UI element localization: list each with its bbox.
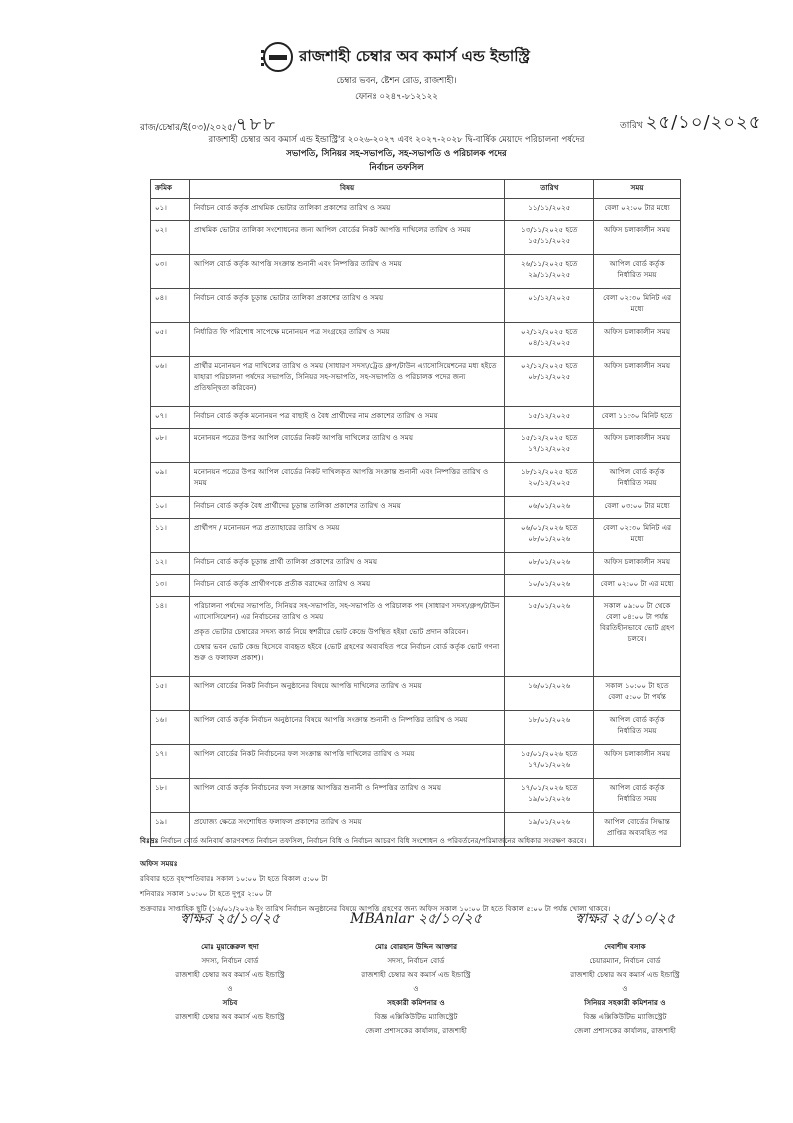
signature-scrawl: স্বাক্ষর ২৫/১০/২৫ bbox=[525, 912, 725, 940]
row-subject: মনোনয়ন পত্রের উপর আপিল বোর্ডের নিকট আপত… bbox=[189, 429, 505, 463]
subject-paragraph: নির্বাচন বোর্ড কর্তৃক প্রাথমিক ভোটার তাল… bbox=[194, 202, 501, 213]
subject-paragraph: আপিল বোর্ড কর্তৃক আপত্তি সংক্রান্ত শুনান… bbox=[194, 258, 501, 269]
signatory-block: MBAnlar ২৫/১০/২৫মোঃ বোরহান উদ্দিন আক্তার… bbox=[316, 912, 516, 1038]
row-serial: ০৯। bbox=[151, 463, 190, 497]
table-row: ০২।প্রাথমিক ভোটার তালিকা সংশোধনের জন্য আ… bbox=[151, 221, 681, 255]
row-subject: প্রার্থীর মনোনয়ন পত্র দাখিলের তারিখ ও স… bbox=[189, 357, 505, 407]
row-time: অফিস চলাকালীন সময় bbox=[594, 745, 681, 779]
row-time: বেলা ০২:৩০ মিনিট এর মধ্যে bbox=[594, 289, 681, 323]
row-serial: ০৩। bbox=[151, 255, 190, 289]
row-time: আপিল বোর্ডের সিদ্ধান্ত প্রাপ্তির অব্যবহি… bbox=[594, 813, 681, 847]
row-subject: প্রাথমিক ভোটার তালিকা সংশোধনের জন্য আপিল… bbox=[189, 221, 505, 255]
signatory-title: সিনিয়র সহকারী কমিশনার ও bbox=[525, 996, 725, 1010]
table-row: ১৩।নির্বাচন বোর্ড কর্তৃক প্রার্থীগণকে প্… bbox=[151, 575, 681, 597]
row-date: ১৩/১১/২০২৫ হতে ১৫/১১/২০২৫ bbox=[505, 221, 594, 255]
row-time: অফিস চলাকালীন সময় bbox=[594, 357, 681, 407]
subject-paragraph: নির্ধারিত ফি পরিশোধ সাপেক্ষে মনোনয়ন পত্… bbox=[194, 326, 501, 337]
header-subject: বিষয় bbox=[189, 180, 505, 199]
row-date: ১৮/১২/২০২৫ হতে ২০/১২/২০২৫ bbox=[505, 463, 594, 497]
note-label: বিঃদ্রঃ bbox=[140, 836, 159, 845]
row-serial: ১০। bbox=[151, 497, 190, 519]
title-block: রাজশাহী চেম্বার অব কমার্স এন্ড ইন্ডাস্ট্… bbox=[0, 133, 793, 175]
row-time: অফিস চলাকালীন সময় bbox=[594, 553, 681, 575]
row-time: সকাল ০৯:০০ টা থেকে বেলা ০৪:০০ টা পর্যন্ত… bbox=[594, 597, 681, 677]
row-date: ০২/১২/২০২৫ হতে ০৪/১২/২০২৫ bbox=[505, 323, 594, 357]
subject-paragraph: মনোনয়ন পত্রের উপর আপিল বোর্ডের নিকট দাখ… bbox=[194, 466, 501, 488]
row-serial: ০৭। bbox=[151, 407, 190, 429]
table-row: ১৭।আপিল বোর্ডের নিকট নির্বাচনের ফল সংক্র… bbox=[151, 745, 681, 779]
signatory-name: মোঃ মুয়াক্কেরুল হুদা bbox=[130, 940, 330, 954]
row-subject: আপিল বোর্ড কর্তৃক নির্বাচনের ফল সংক্রান্… bbox=[189, 779, 505, 813]
subject-paragraph: প্রার্থীর মনোনয়ন পত্র দাখিলের তারিখ ও স… bbox=[194, 360, 501, 393]
signatory-line: বিজ্ঞ এক্সিকিউটিভ ম্যাজিস্ট্রেট bbox=[316, 1010, 516, 1024]
signatory-line: বিজ্ঞ এক্সিকিউটিভ ম্যাজিস্ট্রেট bbox=[525, 1010, 725, 1024]
row-date: ১৫/০১/২০২৬ হতে ১৭/০১/২০২৬ bbox=[505, 745, 594, 779]
table-row: ০৬।প্রার্থীর মনোনয়ন পত্র দাখিলের তারিখ … bbox=[151, 357, 681, 407]
subject-paragraph: মনোনয়ন পত্রের উপর আপিল বোর্ডের নিকট আপত… bbox=[194, 432, 501, 443]
row-serial: ০৫। bbox=[151, 323, 190, 357]
row-date: ০৬/০১/২০২৬ bbox=[505, 497, 594, 519]
row-subject: আপিল বোর্ড কর্তৃক নির্বাচন অনুষ্ঠানের বি… bbox=[189, 711, 505, 745]
subject-paragraph: প্রাথমিক ভোটার তালিকা সংশোধনের জন্য আপিল… bbox=[194, 224, 501, 235]
date-label: তারিখ bbox=[620, 121, 643, 131]
row-time: বেলা ০৩:০০ টার মধ্যে bbox=[594, 497, 681, 519]
row-serial: ১২। bbox=[151, 553, 190, 575]
subject-paragraph: প্রযোজ্য ক্ষেত্রে সংশোধিত ফলাফল প্রকাশের… bbox=[194, 816, 501, 827]
row-time: আপিল বোর্ড কর্তৃক নির্ধারিত সময় bbox=[594, 711, 681, 745]
signatory-name: দেবাশীষ বসাক bbox=[525, 940, 725, 954]
signatory-name: মোঃ বোরহান উদ্দিন আক্তার bbox=[316, 940, 516, 954]
subject-paragraph: আপিল বোর্ড কর্তৃক নির্বাচনের ফল সংক্রান্… bbox=[194, 782, 501, 793]
row-subject: প্রার্থীপদ / মনোনয়ন পত্র প্রত্যাহারের ত… bbox=[189, 519, 505, 553]
note-text: নির্বাচন বোর্ড অনিবার্য কারণবশত নির্বাচন… bbox=[159, 836, 587, 845]
row-serial: ১৫। bbox=[151, 677, 190, 711]
office-hours-line: শনিবারঃ সকাল ১০:০০ টা হতে দুপুর ২:০০ টা bbox=[140, 886, 610, 901]
signatory-line: ও bbox=[316, 982, 516, 996]
signatory-line: চেয়ারম্যান, নির্বাচন বোর্ড bbox=[525, 954, 725, 968]
row-time: অফিস চলাকালীন সময় bbox=[594, 221, 681, 255]
table-row: ০৯।মনোনয়ন পত্রের উপর আপিল বোর্ডের নিকট … bbox=[151, 463, 681, 497]
row-date: ০৬/০১/২০২৬ হতে ০৮/০১/২০২৬ bbox=[505, 519, 594, 553]
subject-paragraph: পরিচালনা পর্ষদের সভাপতি, সিনিয়র সহ-সভাপ… bbox=[194, 600, 501, 622]
row-date: ১৫/১২/২০২৫ হতে ১৭/১২/২০২৫ bbox=[505, 429, 594, 463]
row-time: বেলা ১১:৩০ মিনিট হতে bbox=[594, 407, 681, 429]
row-date: ০২/১২/২০২৫ হতে ০৮/১২/২০২৫ bbox=[505, 357, 594, 407]
table-row: ১৪।পরিচালনা পর্ষদের সভাপতি, সিনিয়র সহ-স… bbox=[151, 597, 681, 677]
row-serial: ১৪। bbox=[151, 597, 190, 677]
row-date: ১১/১১/২০২৫ bbox=[505, 199, 594, 221]
row-time: আপিল বোর্ড কর্তৃক নির্ধারিত সময় bbox=[594, 463, 681, 497]
row-subject: পরিচালনা পর্ষদের সভাপতি, সিনিয়র সহ-সভাপ… bbox=[189, 597, 505, 677]
row-serial: ০১। bbox=[151, 199, 190, 221]
row-time: বেলা ০২:৩০ মিনিট এর মধ্যে bbox=[594, 519, 681, 553]
row-serial: ০২। bbox=[151, 221, 190, 255]
signatory-line: রাজশাহী চেম্বার অব কমার্স এন্ড ইন্ডাস্ট্… bbox=[130, 968, 330, 982]
subject-paragraph: প্রার্থীপদ / মনোনয়ন পত্র প্রত্যাহারের ত… bbox=[194, 522, 501, 533]
subject-paragraph: চেম্বার ভবন ভোট কেন্দ্র হিসেবে ব্যবহৃত হ… bbox=[194, 641, 501, 663]
subject-paragraph: নির্বাচন বোর্ড কর্তৃক বৈধ প্রার্থীদের চূ… bbox=[194, 500, 501, 511]
subject-paragraph: প্রকৃত ভোটার চেম্বারের সদস্য কার্ড নিয়ে… bbox=[194, 626, 501, 637]
chamber-logo-icon bbox=[263, 42, 293, 72]
row-time: অফিস চলাকালীন সময় bbox=[594, 429, 681, 463]
note: বিঃদ্রঃ নির্বাচন বোর্ড অনিবার্য কারণবশত … bbox=[140, 836, 586, 848]
row-serial: ১১। bbox=[151, 519, 190, 553]
letterhead: রাজশাহী চেম্বার অব কমার্স এন্ড ইন্ডাস্ট্… bbox=[0, 42, 793, 104]
header-serial: ক্রমিক bbox=[151, 180, 190, 199]
office-hours: অফিস সময়ঃ রবিবার হতে বৃহস্পতিবারঃ সকাল … bbox=[140, 856, 610, 916]
row-subject: নির্বাচন বোর্ড কর্তৃক মনোনয়ন পত্র বাছাই… bbox=[189, 407, 505, 429]
signatory-title: সহকারী কমিশনার ও bbox=[316, 996, 516, 1010]
table-row: ০৩।আপিল বোর্ড কর্তৃক আপত্তি সংক্রান্ত শু… bbox=[151, 255, 681, 289]
row-subject: নির্বাচন বোর্ড কর্তৃক চূড়ান্ত ভোটার তাল… bbox=[189, 289, 505, 323]
row-subject: নির্বাচন বোর্ড কর্তৃক প্রার্থীগণকে প্রতী… bbox=[189, 575, 505, 597]
subject-paragraph: আপিল বোর্ডের নিকট নির্বাচন অনুষ্ঠানের বি… bbox=[194, 680, 501, 691]
row-serial: ১৬। bbox=[151, 711, 190, 745]
row-serial: ১৮। bbox=[151, 779, 190, 813]
table-row: ১৬।আপিল বোর্ড কর্তৃক নির্বাচন অনুষ্ঠানের… bbox=[151, 711, 681, 745]
row-time: বেলা ০২:০০ টা এর মধ্যে bbox=[594, 575, 681, 597]
signatory-block: স্বাক্ষর ২৫/১০/২৫দেবাশীষ বসাকচেয়ারম্যান… bbox=[525, 912, 725, 1038]
title-line-1: রাজশাহী চেম্বার অব কমার্স এন্ড ইন্ডাস্ট্… bbox=[0, 133, 793, 147]
row-date: ১৭/০১/২০২৬ হতে ১৯/০১/২০২৬ bbox=[505, 779, 594, 813]
signatory-line: সদস্য, নির্বাচন বোর্ড bbox=[316, 954, 516, 968]
row-date: ০৮/০১/২০২৬ bbox=[505, 553, 594, 575]
row-serial: ০৬। bbox=[151, 357, 190, 407]
row-subject: নির্বাচন বোর্ড কর্তৃক চূড়ান্ত প্রার্থী … bbox=[189, 553, 505, 575]
row-date: ০১/১২/২০২৫ bbox=[505, 289, 594, 323]
row-subject: মনোনয়ন পত্রের উপর আপিল বোর্ডের নিকট দাখ… bbox=[189, 463, 505, 497]
subject-paragraph: আপিল বোর্ডের নিকট নির্বাচনের ফল সংক্রান্… bbox=[194, 748, 501, 759]
row-serial: ০৪। bbox=[151, 289, 190, 323]
signatory-line: জেলা প্রশাসকের কার্যালয়, রাজশাহী bbox=[316, 1024, 516, 1038]
memo-ref-number: ৭৮৮ bbox=[236, 114, 277, 135]
row-time: আপিল বোর্ড কর্তৃক নির্ধারিত সময় bbox=[594, 255, 681, 289]
office-hours-line: রবিবার হতে বৃহস্পতিবারঃ সকাল ১০:০০ টা হত… bbox=[140, 871, 610, 886]
signatory-line: রাজশাহী চেম্বার অব কমার্স এন্ড ইন্ডাস্ট্… bbox=[130, 1010, 330, 1024]
election-schedule-table: ক্রমিক বিষয় তারিখ সময় ০১।নির্বাচন বোর্… bbox=[150, 179, 681, 847]
subject-paragraph: আপিল বোর্ড কর্তৃক নির্বাচন অনুষ্ঠানের বি… bbox=[194, 714, 501, 725]
row-date: ১৮/০১/২০২৬ bbox=[505, 711, 594, 745]
office-hours-heading: অফিস সময়ঃ bbox=[140, 856, 610, 871]
table-row: ০১।নির্বাচন বোর্ড কর্তৃক প্রাথমিক ভোটার … bbox=[151, 199, 681, 221]
table-row: ১৫।আপিল বোর্ডের নিকট নির্বাচন অনুষ্ঠানের… bbox=[151, 677, 681, 711]
table-row: ১৮।আপিল বোর্ড কর্তৃক নির্বাচনের ফল সংক্র… bbox=[151, 779, 681, 813]
row-subject: আপিল বোর্ডের নিকট নির্বাচন অনুষ্ঠানের বি… bbox=[189, 677, 505, 711]
org-phone: ফোনঃ ০২৪৭-৮১২১২২ bbox=[0, 90, 793, 104]
date-value: ২৫/১০/২০২৫ bbox=[646, 112, 762, 133]
table-body: ০১।নির্বাচন বোর্ড কর্তৃক প্রাথমিক ভোটার … bbox=[151, 199, 681, 847]
subject-paragraph: নির্বাচন বোর্ড কর্তৃক চূড়ান্ত প্রার্থী … bbox=[194, 556, 501, 567]
row-subject: নির্বাচন বোর্ড কর্তৃক প্রাথমিক ভোটার তাল… bbox=[189, 199, 505, 221]
subject-paragraph: নির্বাচন বোর্ড কর্তৃক মনোনয়ন পত্র বাছাই… bbox=[194, 410, 501, 421]
signatory-line: ও bbox=[130, 982, 330, 996]
table-row: ০৫।নির্ধারিত ফি পরিশোধ সাপেক্ষে মনোনয়ন … bbox=[151, 323, 681, 357]
row-time: আপিল বোর্ড কর্তৃক নির্ধারিত সময় bbox=[594, 779, 681, 813]
table-row: ১১।প্রার্থীপদ / মনোনয়ন পত্র প্রত্যাহারে… bbox=[151, 519, 681, 553]
title-line-3: নির্বাচন তফসিল bbox=[0, 161, 793, 175]
row-date: ১০/০১/২০২৬ bbox=[505, 575, 594, 597]
subject-paragraph: নির্বাচন বোর্ড কর্তৃক প্রার্থীগণকে প্রতী… bbox=[194, 578, 501, 589]
org-address: চেম্বার ভবন, ষ্টেশন রোড, রাজশাহী। bbox=[0, 74, 793, 88]
signatory-block: স্বাক্ষর ২৫/১০/২৫মোঃ মুয়াক্কেরুল হুদাসদ… bbox=[130, 912, 330, 1024]
row-date: ২৬/১১/২০২৫ হতে ২৯/১১/২০২৫ bbox=[505, 255, 594, 289]
table-row: ১০।নির্বাচন বোর্ড কর্তৃক বৈধ প্রার্থীদের… bbox=[151, 497, 681, 519]
row-serial: ১৭। bbox=[151, 745, 190, 779]
subject-paragraph: নির্বাচন বোর্ড কর্তৃক চূড়ান্ত ভোটার তাল… bbox=[194, 292, 501, 303]
title-line-2: সভাপতি, সিনিয়র সহ-সভাপতি, সহ-সভাপতি ও প… bbox=[0, 147, 793, 161]
header-date: তারিখ bbox=[505, 180, 594, 199]
table-row: ০৭।নির্বাচন বোর্ড কর্তৃক মনোনয়ন পত্র বা… bbox=[151, 407, 681, 429]
row-time: সকাল ১০:০০ টা হতে বেলা ৫:০০ টা পর্যন্ত bbox=[594, 677, 681, 711]
table-row: ০৪।নির্বাচন বোর্ড কর্তৃক চূড়ান্ত ভোটার … bbox=[151, 289, 681, 323]
table-row: ০৮।মনোনয়ন পত্রের উপর আপিল বোর্ডের নিকট … bbox=[151, 429, 681, 463]
row-serial: ০৮। bbox=[151, 429, 190, 463]
row-subject: নির্বাচন বোর্ড কর্তৃক বৈধ প্রার্থীদের চূ… bbox=[189, 497, 505, 519]
row-date: ১৬/০১/২০২৬ bbox=[505, 677, 594, 711]
row-subject: আপিল বোর্ডের নিকট নির্বাচনের ফল সংক্রান্… bbox=[189, 745, 505, 779]
row-serial: ১৩। bbox=[151, 575, 190, 597]
signatory-line: রাজশাহী চেম্বার অব কমার্স এন্ড ইন্ডাস্ট্… bbox=[316, 968, 516, 982]
signatory-line: সদস্য, নির্বাচন বোর্ড bbox=[130, 954, 330, 968]
memo-ref-prefix: রাজ/চেম্বার/ই(০৩)/২০২৫/ bbox=[140, 123, 236, 133]
table-header-row: ক্রমিক বিষয় তারিখ সময় bbox=[151, 180, 681, 199]
signatory-title: সচিব bbox=[130, 996, 330, 1010]
row-date: ১৫/০১/২০২৬ bbox=[505, 597, 594, 677]
table-row: ১২।নির্বাচন বোর্ড কর্তৃক চূড়ান্ত প্রার্… bbox=[151, 553, 681, 575]
row-subject: আপিল বোর্ড কর্তৃক আপত্তি সংক্রান্ত শুনান… bbox=[189, 255, 505, 289]
signatory-line: ও bbox=[525, 982, 725, 996]
signatory-line: রাজশাহী চেম্বার অব কমার্স এন্ড ইন্ডাস্ট্… bbox=[525, 968, 725, 982]
org-name: রাজশাহী চেম্বার অব কমার্স এন্ড ইন্ডাস্ট্… bbox=[299, 45, 530, 70]
row-time: বেলা ০২:০০ টার মধ্যে bbox=[594, 199, 681, 221]
header-time: সময় bbox=[594, 180, 681, 199]
row-subject: নির্ধারিত ফি পরিশোধ সাপেক্ষে মনোনয়ন পত্… bbox=[189, 323, 505, 357]
signature-scrawl: স্বাক্ষর ২৫/১০/২৫ bbox=[130, 912, 330, 940]
row-date: ১৫/১২/২০২৫ bbox=[505, 407, 594, 429]
row-time: অফিস চলাকালীন সময় bbox=[594, 323, 681, 357]
signatory-line: জেলা প্রশাসকের কার্যালয়, রাজশাহী bbox=[525, 1024, 725, 1038]
signature-scrawl: MBAnlar ২৫/১০/২৫ bbox=[316, 912, 516, 940]
